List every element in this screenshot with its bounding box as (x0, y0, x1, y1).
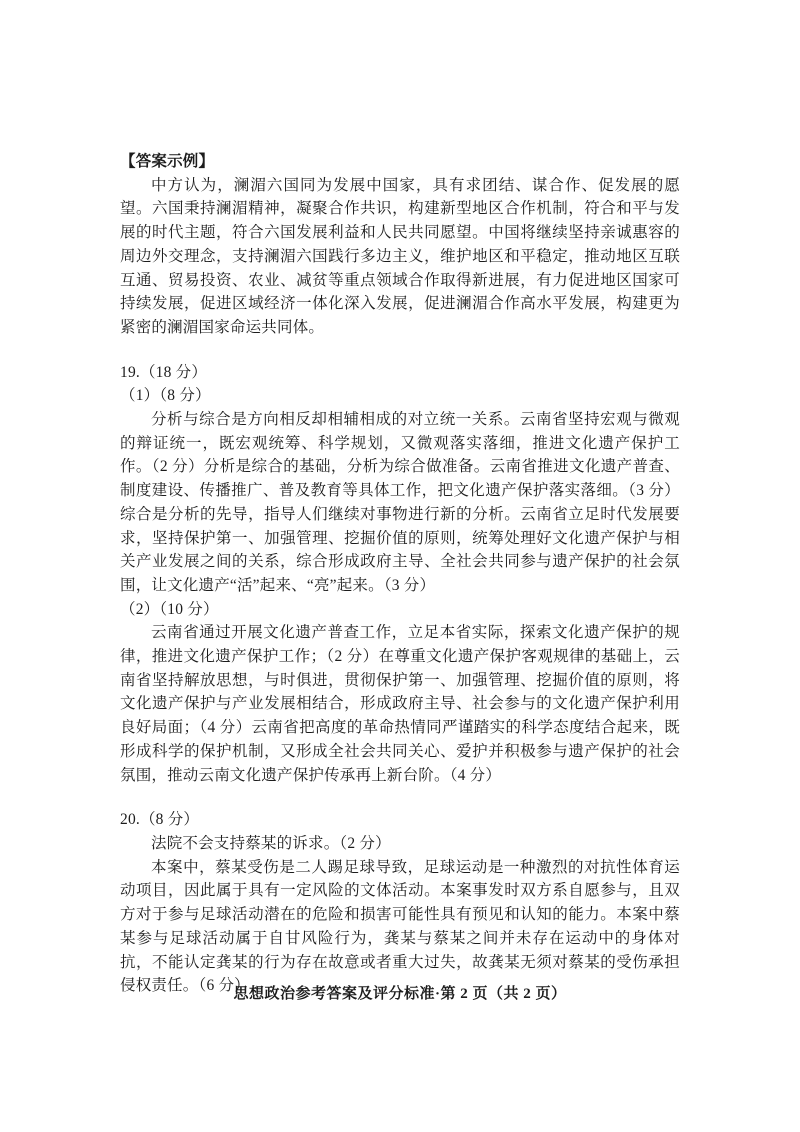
q19-number: 19.（18 分） (120, 361, 680, 385)
q19-part2-paragraph: 云南省通过开展文化遗产普查工作，立足本省实际，探索文化遗产保护的规律，推进文化遗… (120, 621, 680, 787)
q20-conclusion: 法院不会支持蔡某的诉求。（2 分） (120, 832, 680, 856)
page-footer: 思想政治参考答案及评分标准·第 2 页（共 2 页） (0, 982, 800, 1003)
q19-part2-label: （2）（10 分） (120, 598, 680, 622)
question-19-block: 19.（18 分） （1）（8 分） 分析与综合是方向相反却相辅相成的对立统一关… (120, 361, 680, 788)
document-page: 【答案示例】 中方认为，澜湄六国同为发展中国家，具有求团结、谋合作、促发展的愿望… (0, 0, 800, 1132)
answer-example-heading: 【答案示例】 (120, 150, 680, 174)
q19-part1-paragraph: 分析与综合是方向相反却相辅相成的对立统一关系。云南省坚持宏观与微观的辩证统一，既… (120, 408, 680, 598)
question-20-block: 20.（8 分） 法院不会支持蔡某的诉求。（2 分） 本案中，蔡某受伤是二人踢足… (120, 808, 680, 998)
q20-number: 20.（8 分） (120, 808, 680, 832)
q20-paragraph: 本案中，蔡某受伤是二人踢足球导致，足球运动是一种激烈的对抗性体育运动项目，因此属… (120, 856, 680, 998)
answer-example-paragraph: 中方认为，澜湄六国同为发展中国家，具有求团结、谋合作、促发展的愿望。六国秉持澜湄… (120, 174, 680, 340)
answer-sheet-content: 【答案示例】 中方认为，澜湄六国同为发展中国家，具有求团结、谋合作、促发展的愿望… (120, 150, 680, 998)
q19-part1-label: （1）（8 分） (120, 384, 680, 408)
